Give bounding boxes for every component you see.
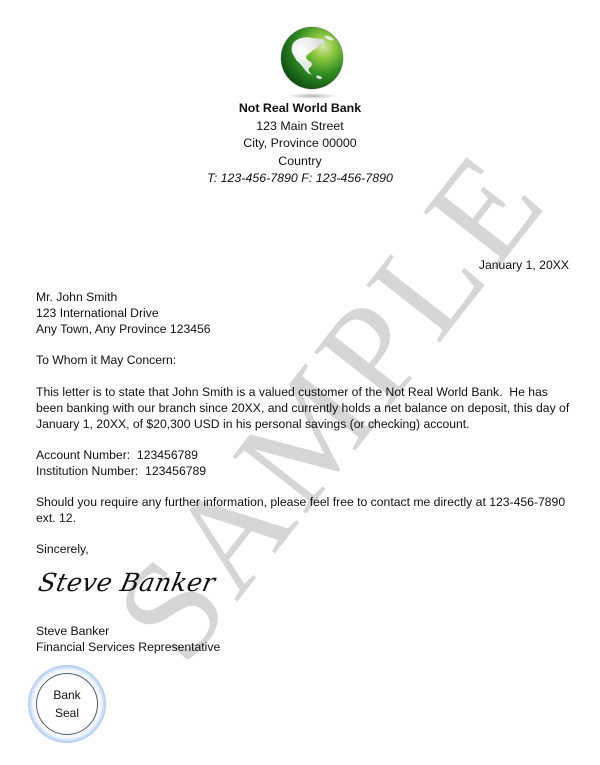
letterhead: Not Real World Bank 123 Main Street City… [0, 100, 600, 188]
seal-line2: Seal [55, 704, 79, 722]
bank-name: Not Real World Bank [0, 100, 600, 118]
seal-line1: Bank [53, 686, 80, 704]
recipient-name: Mr. John Smith [36, 289, 211, 305]
signer-name: Steve Banker [36, 623, 220, 639]
bank-street: 123 Main Street [0, 118, 600, 136]
body-paragraph: This letter is to state that John Smith … [36, 384, 576, 433]
bank-city: City, Province 00000 [0, 135, 600, 153]
bank-contact: T: 123-456-7890 F: 123-456-7890 [0, 170, 600, 188]
account-number: Account Number: 123456789 [36, 447, 206, 463]
signature: Steve Banker [36, 568, 218, 597]
globe-shadow [286, 93, 338, 99]
bank-country: Country [0, 153, 600, 171]
recipient-address: Mr. John Smith 123 International Drive A… [36, 289, 211, 338]
institution-number: Institution Number: 123456789 [36, 463, 206, 479]
recipient-address-line1: 123 International Drive [36, 305, 211, 321]
bank-seal-inner: Bank Seal [36, 673, 98, 735]
salutation: To Whom it May Concern: [36, 352, 176, 368]
sign-off: Sincerely, [36, 541, 89, 557]
closing-paragraph: Should you require any further informati… [36, 494, 576, 526]
signer-block: Steve Banker Financial Services Represen… [36, 623, 220, 655]
signer-title: Financial Services Representative [36, 639, 220, 655]
letter-page: Not Real World Bank 123 Main Street City… [0, 0, 600, 765]
bank-seal: Bank Seal [28, 665, 106, 743]
recipient-address-line2: Any Town, Any Province 123456 [36, 321, 211, 337]
letter-date: January 1, 20XX [479, 258, 569, 272]
account-details: Account Number: 123456789 Institution Nu… [36, 447, 206, 479]
globe-icon [280, 26, 344, 90]
